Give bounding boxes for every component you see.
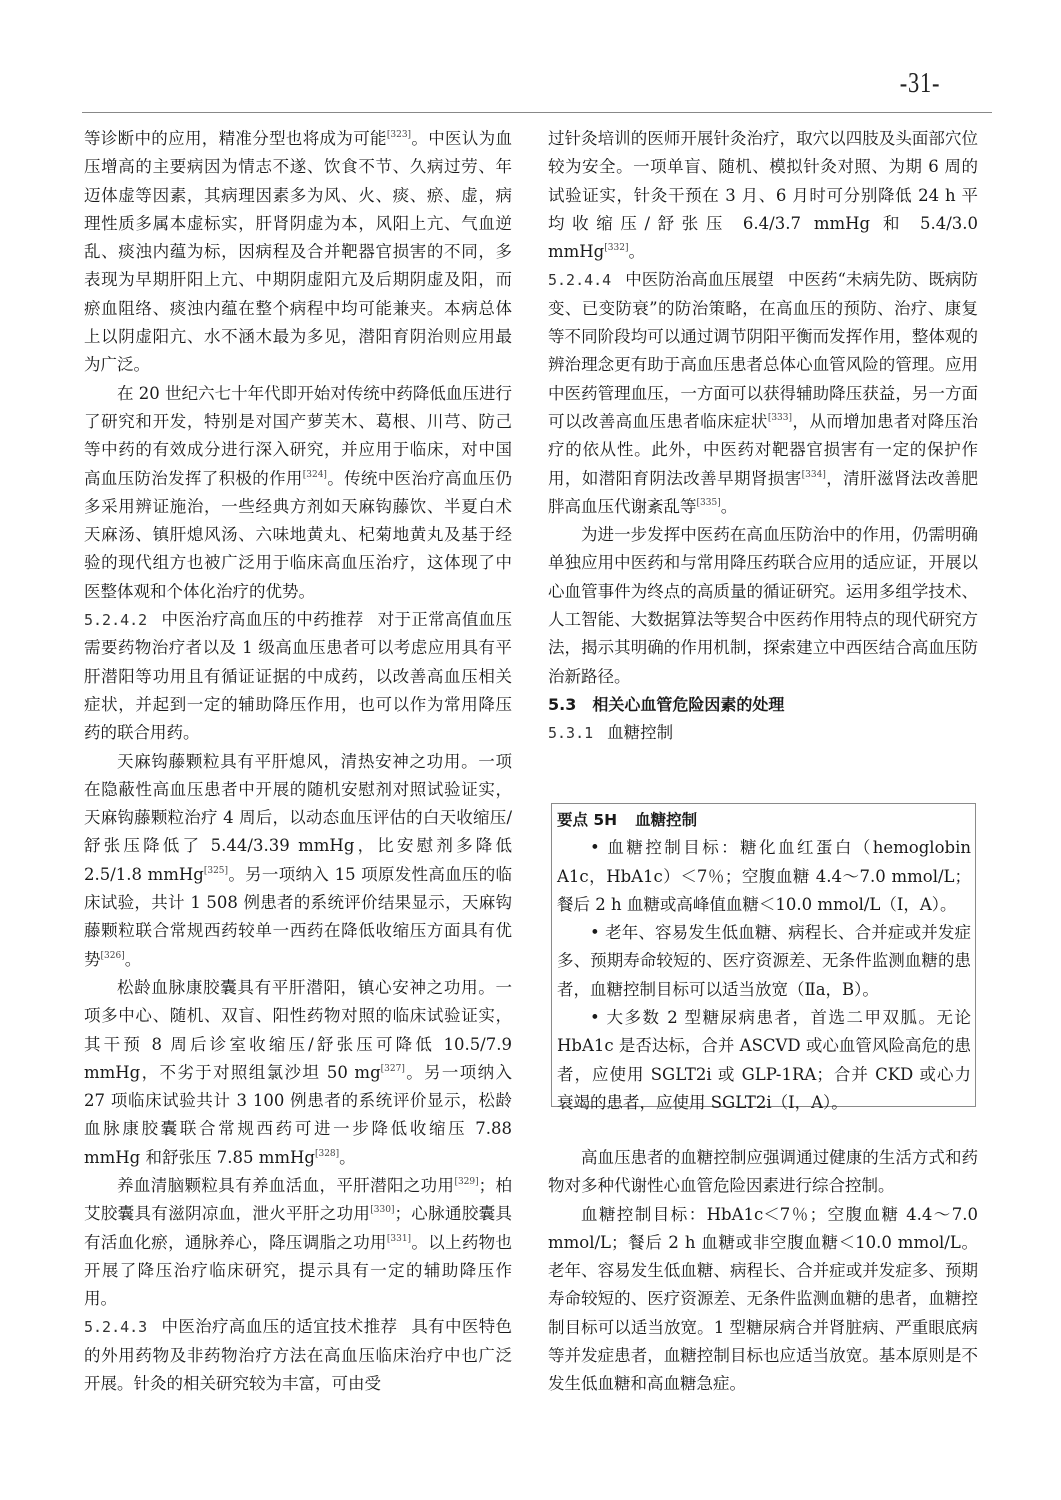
citation: [332] xyxy=(604,243,628,253)
key-point-item: • 血糖控制目标：糖化血红蛋白（hemoglobin A1c，HbA1c）＜7％… xyxy=(557,834,971,919)
section-heading-5-3-1: 5.3.1血糖控制 xyxy=(548,719,978,747)
right-column: 过针灸培训的医师开展针灸治疗，取穴以四肢及头面部穴位较为安全。一项单盲、随机、模… xyxy=(548,125,978,748)
paragraph: 养血清脑颗粒具有养血活血，平肝潜阳之功用[329]；柏艾胶囊具有滋阴凉血，泄火平… xyxy=(84,1172,512,1313)
citation: [329] xyxy=(454,1177,478,1187)
section-5-2-4-4: 5.2.4.4中医防治高血压展望中医药“未病先防、既病防变、已变防衰”的防治策略… xyxy=(548,266,978,521)
paragraph: 天麻钩藤颗粒具有平肝熄风，清热安神之功用。一项在隐蔽性高血压患者中开展的随机安慰… xyxy=(84,748,512,974)
citation: [327] xyxy=(381,1064,405,1074)
citation: [324] xyxy=(303,470,327,480)
citation: [335] xyxy=(697,498,721,508)
citation: [333] xyxy=(768,413,792,423)
paragraph: 等诊断中的应用，精准分型也将成为可能[323]。中医认为血压增高的主要病因为情志… xyxy=(84,125,512,380)
citation: [326] xyxy=(101,951,125,961)
section-heading-5-3: 5.3相关心血管危险因素的处理 xyxy=(548,691,978,719)
header-divider xyxy=(82,112,992,113)
paragraph: 为进一步发挥中医药在高血压防治中的作用，仍需明确单独应用中医药和与常用降压药联合… xyxy=(548,521,978,691)
key-point-box: 要点 5H血糖控制 • 血糖控制目标：糖化血红蛋白（hemoglobin A1c… xyxy=(551,803,976,1107)
paragraph: 血糖控制目标：HbA1c＜7％；空腹血糖 4.4～7.0 mmol/L；餐后 2… xyxy=(548,1201,978,1399)
paragraph: 在 20 世纪六七十年代即开始对传统中药降低血压进行了研究和开发，特别是对国产萝… xyxy=(84,380,512,606)
page-number: -31- xyxy=(888,68,952,100)
left-column: 等诊断中的应用，精准分型也将成为可能[323]。中医认为血压增高的主要病因为情志… xyxy=(84,125,512,1398)
section-number: 5.2.4.4 xyxy=(548,271,611,289)
paragraph: 松龄血脉康胶囊具有平肝潜阳，镇心安神之功用。一项多中心、随机、双盲、阳性药物对照… xyxy=(84,974,512,1172)
key-point-item: • 大多数 2 型糖尿病患者，首选二甲双胍。无论 HbA1c 是否达标，合并 A… xyxy=(557,1004,971,1117)
section-title: 中医治疗高血压的中药推荐 xyxy=(161,610,363,629)
citation: [323] xyxy=(387,130,411,140)
citation: [328] xyxy=(315,1149,339,1159)
section-5-2-4-3: 5.2.4.3中医治疗高血压的适宜技术推荐具有中医特色的外用药物及非药物治疗方法… xyxy=(84,1313,512,1398)
section-title: 中医治疗高血压的适宜技术推荐 xyxy=(161,1317,397,1336)
section-5-2-4-2: 5.2.4.2中医治疗高血压的中药推荐对于正常高值血压需要药物治疗者以及 1 级… xyxy=(84,606,512,747)
section-number: 5.2.4.3 xyxy=(84,1318,147,1336)
key-point-item: • 老年、容易发生低血糖、病程长、合并症或并发症多、预期寿命较短的、医疗资源差、… xyxy=(557,919,971,1004)
citation: [325] xyxy=(204,866,228,876)
key-point-title: 要点 5H血糖控制 xyxy=(557,806,971,834)
citation: [331] xyxy=(387,1234,411,1244)
paragraph: 过针灸培训的医师开展针灸治疗，取穴以四肢及头面部穴位较为安全。一项单盲、随机、模… xyxy=(548,125,978,266)
citation: [334] xyxy=(802,470,826,480)
paragraph: 高血压患者的血糖控制应强调通过健康的生活方式和药物对多种代谢性心血管危险因素进行… xyxy=(548,1144,978,1201)
section-title: 中医防治高血压展望 xyxy=(625,270,774,289)
section-number: 5.2.4.2 xyxy=(84,611,147,629)
right-column-lower: 高血压患者的血糖控制应强调通过健康的生活方式和药物对多种代谢性心血管危险因素进行… xyxy=(548,1144,978,1399)
citation: [330] xyxy=(370,1205,394,1215)
